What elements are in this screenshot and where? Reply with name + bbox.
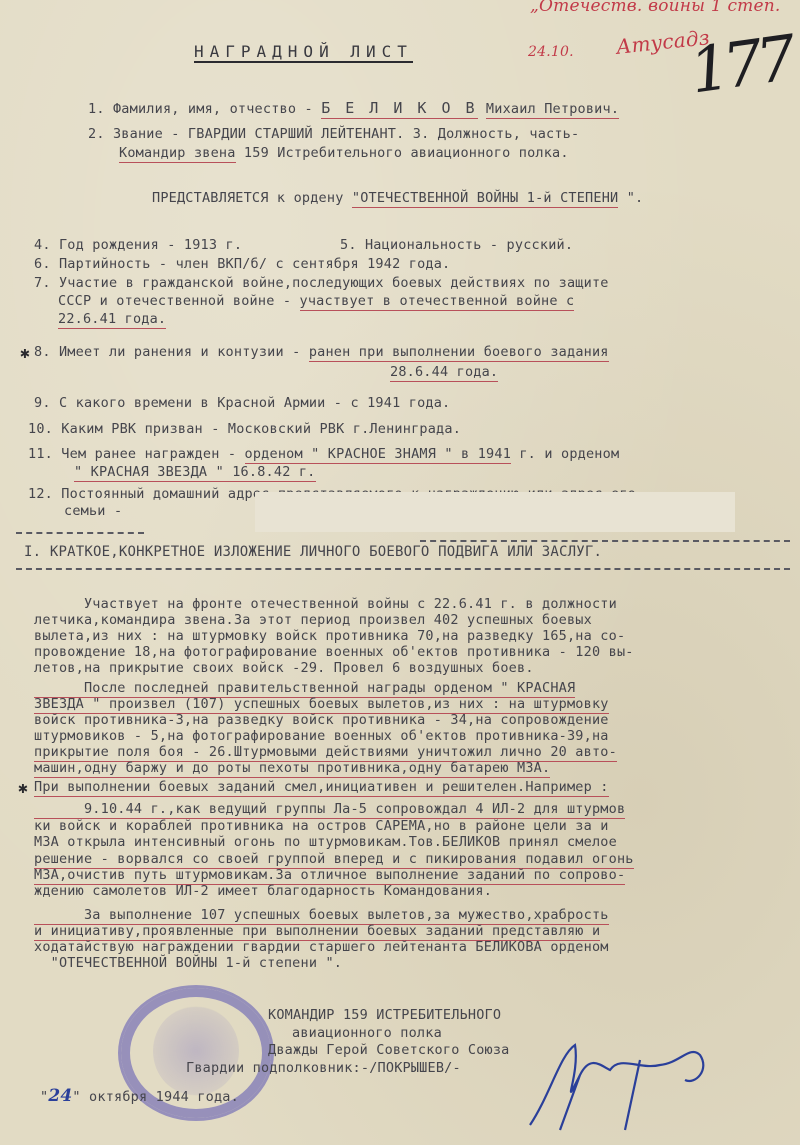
body-line: "ОТЕЧЕСТВЕННОЙ ВОЙНЫ 1-й степени ".: [34, 955, 342, 971]
field-4: 4. Год рождения - 1913 г.: [34, 237, 242, 253]
body-line: ждению самолетов ИЛ-2 имеет благодарност…: [34, 883, 492, 899]
pencil-mark-icon: ✱: [18, 778, 28, 797]
field-11: 11. Чем ранее награжден - орденом " КРАС…: [28, 446, 619, 462]
field-2-3: 2. Звание - ГВАРДИИ СТАРШИЙ ЛЕЙТЕНАНТ. 3…: [88, 126, 579, 142]
body-line: войск противника-3,на разведку войск про…: [34, 712, 609, 728]
field-1-label: 1. Фамилия, имя, отчество -: [88, 101, 313, 117]
field-11-line-2: " КРАСНАЯ ЗВЕЗДА " 16.8.42 г.: [74, 464, 316, 480]
body-line: машин,одну баржу и до роты пехоты против…: [34, 760, 550, 778]
document-title: НАГРАДНОЙ ЛИСТ: [194, 42, 413, 63]
field-8-value: ранен при выполнении боевого задания: [309, 344, 609, 362]
body-line: летов,на прикрытие своих войск -29. Пров…: [34, 660, 534, 676]
nomination-line: ПРЕДСТАВЛЯЕТСЯ к ордену "ОТЕЧЕСТВЕННОЙ В…: [152, 190, 643, 206]
field-11-value: орденом " КРАСНОЕ ЗНАМЯ " в 1941: [245, 446, 512, 464]
record-number: 177: [685, 21, 795, 107]
body-line: Участвует на фронте отечественной войны …: [34, 596, 617, 612]
field-11-label: 11. Чем ранее награжден -: [28, 446, 245, 462]
unit: 159 Истребительного авиационного полка.: [236, 145, 569, 161]
body-line: штурмовиков - 5,на фотографирование воен…: [34, 728, 609, 744]
commander-signature: [520, 1035, 750, 1135]
signatory-honor: Дважды Герой Советского Союза: [268, 1042, 510, 1058]
nomination-prefix: ПРЕДСТАВЛЯЕТСЯ к ордену: [152, 190, 344, 206]
field-11-second-award: " КРАСНАЯ ЗВЕЗДА " 16.8.42 г.: [74, 464, 316, 482]
handwritten-order-note: „Отечеств. войны 1 степ.: [530, 0, 781, 16]
field-7-line-2: СССР и отечественной войне - участвует в…: [58, 293, 574, 309]
divider: [420, 540, 790, 542]
body-line: вылета,из них : на штурмовку войск проти…: [34, 628, 625, 644]
redacted-address: [255, 492, 735, 532]
document-date: "24" октября 1944 года.: [40, 1086, 239, 1106]
field-7-prefix: СССР и отечественной войне -: [58, 293, 300, 309]
field-3-value: Командир звена 159 Истребительного авиац…: [119, 145, 569, 161]
handwritten-date-mark: 24.10.: [528, 44, 574, 60]
field-8: 8. Имеет ли ранения и контузии - ранен п…: [34, 344, 609, 360]
field-5: 5. Национальность - русский.: [340, 237, 573, 253]
body-line: ходатайствую награждении гвардии старшег…: [34, 939, 609, 955]
field-8-label: 8. Имеет ли ранения и контузии -: [34, 344, 309, 360]
field-9: 9. С какого времени в Красной Армии - с …: [34, 395, 450, 411]
nomination-suffix: ".: [618, 190, 643, 206]
field-6: 6. Партийность - член ВКП/б/ с сентября …: [34, 256, 450, 272]
body-line: ки войск и кораблей противника на остров…: [34, 818, 609, 834]
divider: [16, 532, 144, 534]
field-7-line-3: 22.6.41 года.: [58, 311, 166, 327]
body-line: летчика,командира звена.За этот период п…: [34, 612, 592, 628]
field-7-value: участвует в отечественной войне с: [300, 293, 575, 311]
field-11-suffix: г. и орденом: [511, 446, 619, 462]
field-7-date: 22.6.41 года.: [58, 311, 166, 329]
given-name: Михаил Петрович.: [486, 101, 619, 119]
date-day: 24: [48, 1086, 72, 1106]
coat-of-arms-emblem: [153, 1006, 239, 1096]
signatory-title: КОМАНДИР 159 ИСТРЕБИТЕЛЬНОГО: [268, 1007, 501, 1023]
body-line: МЗА открыла интенсивный огонь по штурмов…: [34, 834, 617, 850]
field-10: 10. Каким РВК призван - Московский РВК г…: [28, 421, 461, 437]
signatory-unit: авиационного полка: [292, 1025, 442, 1041]
position: Командир звена: [119, 145, 236, 163]
field-12-line-2: семьи -: [64, 503, 122, 519]
field-7-line-1: 7. Участие в гражданской войне,последующ…: [34, 275, 609, 291]
field-8-date-line: 28.6.44 года.: [390, 364, 498, 380]
date-rest: " октября 1944 года.: [72, 1089, 239, 1105]
field-1: 1. Фамилия, имя, отчество - Б Е Л И К О …: [88, 99, 619, 117]
nomination-order: "ОТЕЧЕСТВЕННОЙ ВОЙНЫ 1-й СТЕПЕНИ: [352, 190, 619, 208]
pencil-mark-icon: ✱: [20, 343, 30, 362]
award-sheet-page: „Отечеств. войны 1 степ. 24.10. Атусадз …: [0, 0, 800, 1145]
field-8-date: 28.6.44 года.: [390, 364, 498, 382]
body-line: При выполнении боевых заданий смел,иници…: [34, 779, 609, 797]
section-heading: I. КРАТКОЕ,КОНКРЕТНОЕ ИЗЛОЖЕНИЕ ЛИЧНОГО …: [24, 544, 602, 560]
divider: [16, 568, 790, 570]
body-line: 9.10.44 г.,как ведущий группы Ла-5 сопро…: [34, 801, 625, 819]
signatory-name: Гвардии подполковник:-/ПОКРЫШЕВ/-: [186, 1060, 461, 1076]
body-line: провождение 18,на фотографирование военн…: [34, 644, 634, 660]
surname: Б Е Л И К О В: [321, 99, 477, 119]
